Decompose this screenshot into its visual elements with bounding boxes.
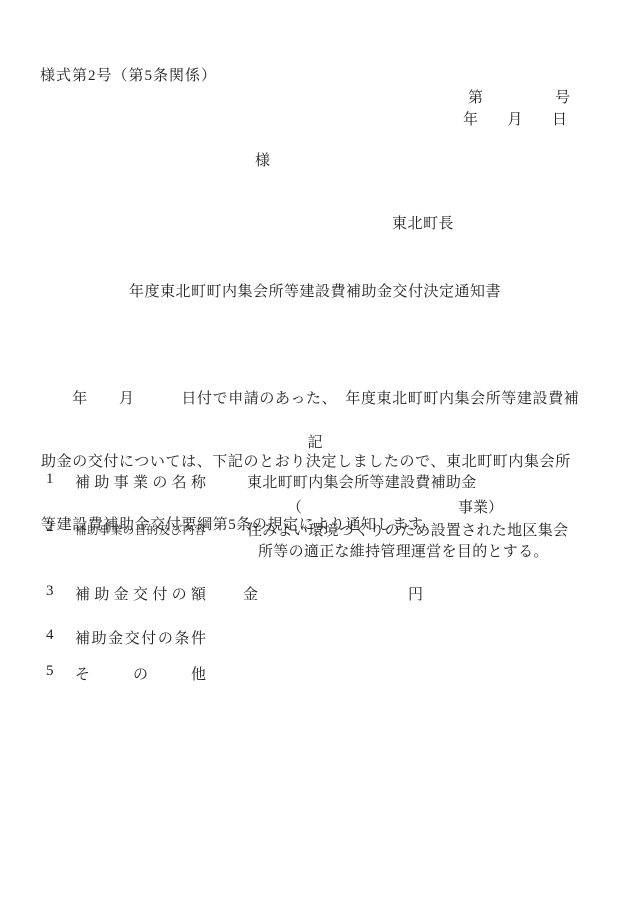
item-1-paren-close: 事業） (458, 496, 503, 517)
item-1-paren-open: （ (287, 496, 302, 517)
record-marker: 記 (0, 431, 630, 452)
item-3-label: 補助金交付の額 (75, 583, 206, 604)
item-1-number: 1 (46, 471, 54, 488)
item-2-number: 2 (46, 519, 54, 536)
item-row-4: 4 補助金交付の条件 (0, 627, 630, 649)
item-3-number: 3 (46, 583, 54, 600)
date-line: 年 月 日 (463, 108, 567, 129)
item-4-label: 補助金交付の条件 (75, 627, 206, 648)
document-page: 様式第2号（第5条関係） 第 号 年 月 日 様 東北町長 年度東北町町内集会所… (0, 0, 630, 903)
form-number: 様式第2号（第5条関係） (40, 64, 217, 85)
doc-number-suffix: 号 (555, 86, 570, 107)
document-title: 年度東北町町内集会所等建設費補助金交付決定通知書 (0, 280, 630, 301)
date-year-label: 年 (463, 108, 478, 129)
item-row-1-paren: （ 事業） (0, 496, 630, 518)
date-month-label: 月 (507, 108, 522, 129)
item-2-value-line-2: 所等の適正な維持管理運営を目的とする。 (258, 540, 549, 561)
item-4-number: 4 (46, 627, 54, 644)
item-2-value-line-1: 住みよい環境づくりのため設置された地区集会 (247, 519, 568, 540)
item-5-label: その他 (75, 663, 206, 684)
item-row-1: 1 補助事業の名称 東北町町内集会所等建設費補助金 (0, 471, 630, 493)
item-row-2-continuation: 所等の適正な維持管理運営を目的とする。 (0, 540, 630, 562)
body-line-1: 年 月 日付で申請のあった、 年度東北町町内集会所等建設費補 (41, 389, 593, 410)
addressee-honorific: 様 (255, 149, 270, 170)
item-row-2: 2 補助事業の目的及び内容 住みよい環境づくりのため設置された地区集会 (0, 519, 630, 541)
body-line-2: 助金の交付については、下記のとおり決定しましたので、東北町町内集会所 (41, 452, 593, 473)
item-2-label: 補助事業の目的及び内容 (75, 522, 206, 538)
item-1-label: 補助事業の名称 (75, 471, 206, 492)
sender-title: 東北町長 (392, 212, 454, 233)
date-day-label: 日 (552, 108, 567, 129)
item-3-amount-suffix: 円 (408, 583, 423, 604)
item-row-3: 3 補助金交付の額 金 円 (0, 583, 630, 605)
item-5-number: 5 (46, 663, 54, 680)
item-row-5: 5 その他 (0, 663, 630, 685)
doc-number-prefix: 第 (468, 86, 483, 107)
document-number-line: 第 号 (468, 86, 570, 107)
item-1-value: 東北町町内集会所等建設費補助金 (247, 471, 477, 492)
item-3-amount-prefix: 金 (243, 583, 258, 604)
